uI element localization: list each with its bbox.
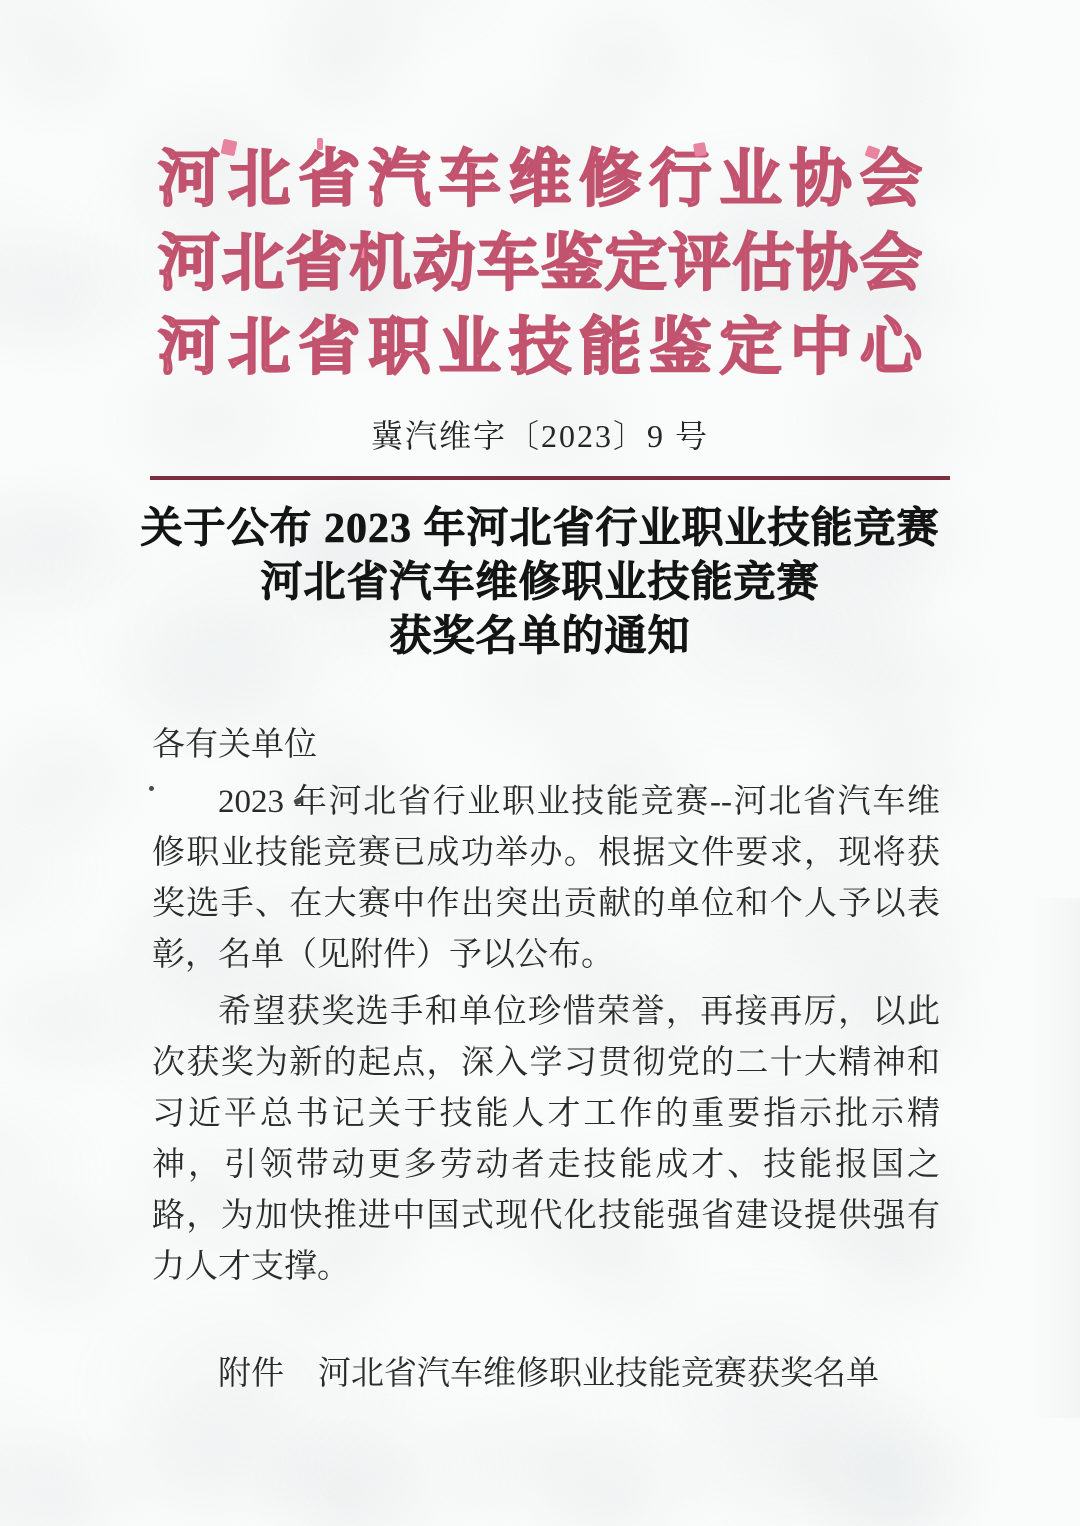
org-name-line-1: 河北省汽车维修行业协会 [158, 138, 922, 222]
paragraph-1: 2023 年河北省行业职业技能竞赛--河北省汽车维修职业技能竞赛已成功举办。根据… [152, 777, 940, 981]
attachment-row: 附件河北省汽车维修职业技能竞赛获奖名单 [152, 1349, 940, 1400]
scan-edge-shadow [1030, 898, 1080, 1418]
salutation: 各有关单位 [152, 720, 940, 771]
document-page: 河北省汽车维修行业协会 河北省机动车鉴定评估协会 河北省职业技能鉴定中心 冀汽维… [0, 138, 1080, 1400]
red-divider [150, 476, 950, 480]
notice-title-line-3: 获奖名单的通知 [0, 610, 1080, 664]
notice-title-line-2: 河北省汽车维修职业技能竞赛 [0, 556, 1080, 610]
attachment-label: 附件 [218, 1356, 284, 1392]
notice-title: 关于公布 2023 年河北省行业职业技能竞赛 河北省汽车维修职业技能竞赛 获奖名… [0, 502, 1080, 664]
paragraph-2: 希望获奖选手和单位珍惜荣誉，再接再厉，以此次获奖为新的起点，深入学习贯彻党的二十… [152, 987, 940, 1293]
letterhead: 河北省汽车维修行业协会 河北省机动车鉴定评估协会 河北省职业技能鉴定中心 [158, 138, 922, 390]
doc-number: 冀汽维字〔2023〕9 号 [0, 414, 1080, 458]
org-name-line-3: 河北省职业技能鉴定中心 [158, 306, 922, 390]
notice-title-line-1: 关于公布 2023 年河北省行业职业技能竞赛 [0, 502, 1080, 556]
notice-body: 各有关单位 2023 年河北省行业职业技能竞赛--河北省汽车维修职业技能竞赛已成… [152, 720, 940, 1400]
attachment-title: 河北省汽车维修职业技能竞赛获奖名单 [318, 1356, 879, 1392]
org-name-line-2: 河北省机动车鉴定评估协会 [158, 222, 922, 306]
